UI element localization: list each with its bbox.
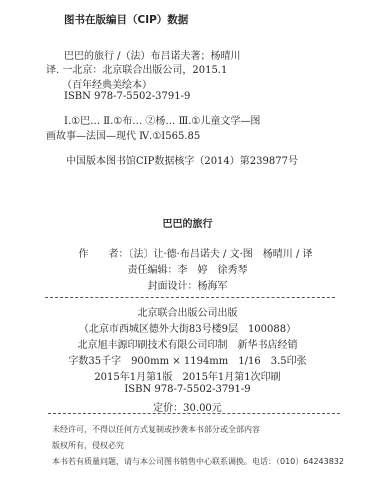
format-specs: 字数35千字 900mm × 1194mm 1/16 3.5印张 (0, 352, 375, 367)
notice-quality-contact: 本书若有质量问题，请与本公司图书销售中心联系调换。电话：（010）6424383… (52, 456, 344, 467)
notice-copyright: 版权所有，侵权必究 (52, 440, 124, 451)
printer-distributor: 北京旭丰源印刷技术有限公司印制 新华书店经销 (0, 336, 375, 351)
publisher-address: （北京市西城区德外大街83号楼9层 100088） (0, 320, 375, 335)
cip-line: Ⅰ.①巴… Ⅱ.①布… ②杨… Ⅲ.①儿童文学—图 (64, 112, 260, 127)
cip-line: ISBN 978-7-5502-3791-9 (64, 91, 190, 102)
credit-editors: 责任编辑：李 婷 徐秀琴 (0, 261, 375, 276)
notice-copy-prohibition: 未经许可，不得以任何方式复制或抄袭本书部分或全部内容 (52, 424, 260, 435)
cip-line: 译. 一北京：北京联合出版公司，2015.1 (46, 61, 227, 76)
divider-dashed (48, 413, 340, 414)
publisher: 北京联合出版公司出版 (0, 304, 375, 319)
divider-dashed (45, 297, 335, 298)
credit-author-translator: 作 者：〔法〕让·德·布吕诺夫 / 文·图 杨晴川 / 译 (8, 245, 375, 260)
cip-approval-number: 中国版本图书馆CIP数据核字（2014）第239877号 (66, 152, 298, 167)
cip-heading: 图书在版编目（CIP）数据 (64, 12, 188, 27)
credit-cover-design: 封面设计：杨海军 (0, 277, 375, 292)
isbn: ISBN 978-7-5502-3791-9 (0, 384, 375, 395)
price: 定价：30.00元 (0, 399, 375, 414)
cip-line: （百年经典美绘本） (62, 76, 152, 91)
edition-info: 2015年1月第1版 2015年1月第1次印刷 (0, 368, 375, 383)
book-title: 巴巴的旅行 (0, 215, 375, 230)
cip-line: 巴巴的旅行 /（法）布吕诺夫著；杨晴川 (64, 47, 241, 62)
cip-line: 画故事—法国—现代 Ⅳ.①I565.85 (46, 127, 200, 142)
